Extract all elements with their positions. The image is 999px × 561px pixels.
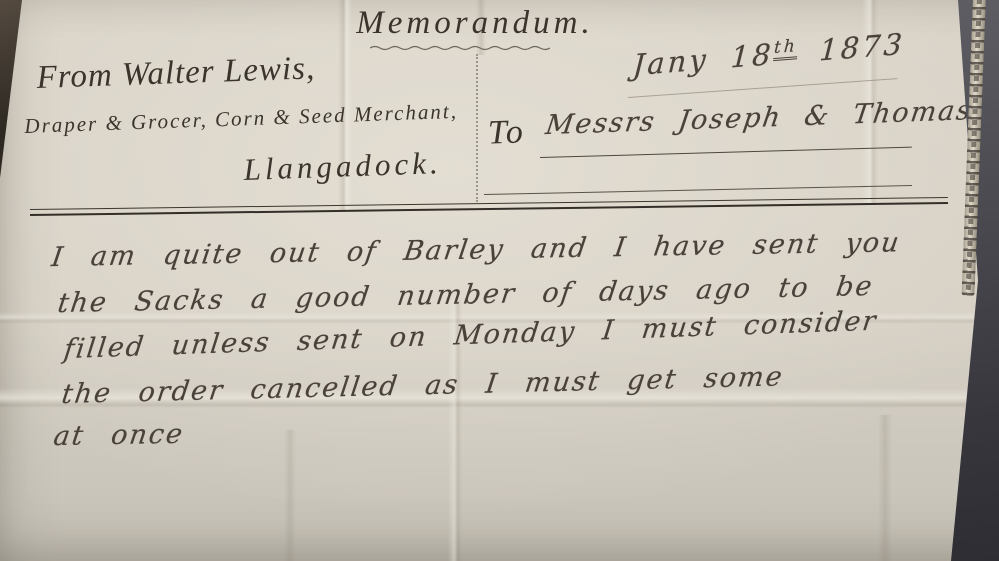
- body-line: at once: [52, 419, 187, 452]
- to-recipient-handwritten: Messrs Joseph & Thomas: [544, 95, 975, 141]
- from-name-line: From Walter Lewis,: [36, 50, 316, 97]
- separator-double-rule: [30, 197, 948, 216]
- from-place-line: Llangadock.: [243, 145, 442, 188]
- fold-crease: [878, 415, 892, 561]
- blank-rule: [484, 185, 912, 195]
- dotted-divider: [476, 54, 478, 202]
- date-year: 1873: [818, 27, 906, 68]
- photo-frame: Memorandum. From Walter Lewis, Draper & …: [0, 0, 999, 561]
- fold-crease: [284, 430, 296, 561]
- to-rule: [540, 147, 912, 158]
- body-line: the order cancelled as I must get some: [60, 361, 786, 410]
- body-line: I am quite out of Barley and I have sent…: [50, 227, 903, 273]
- date-ordinal: th: [773, 36, 798, 61]
- memo-title: Memorandum.: [330, 5, 620, 42]
- to-label: To: [487, 113, 525, 152]
- from-trade-line: Draper & Grocer, Corn & Seed Merchant,: [24, 99, 458, 139]
- title-flourish-rule: [370, 44, 550, 52]
- date-handwritten: Jany 18th 1873: [632, 27, 906, 83]
- date-day: Jany 18: [632, 37, 775, 82]
- date-rule: [628, 78, 897, 98]
- table-corner-shadow: [0, 0, 22, 178]
